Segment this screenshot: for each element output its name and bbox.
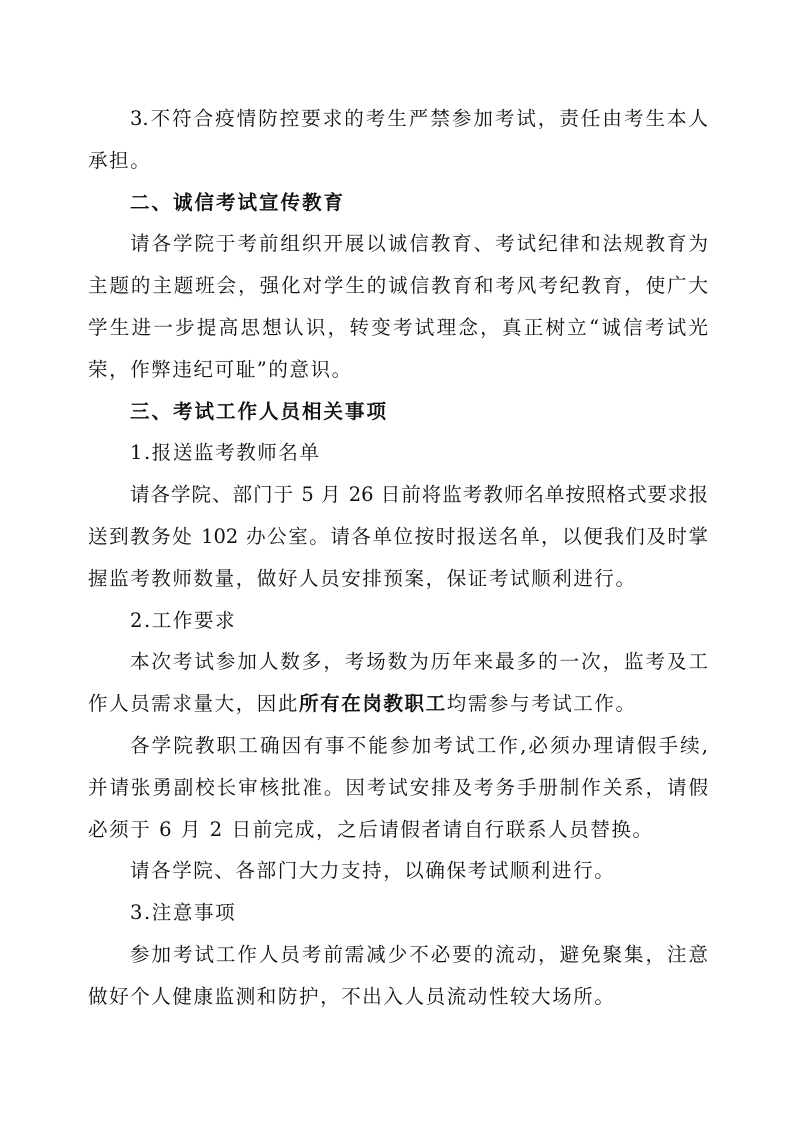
paragraph-support-request: 请各学院、各部门大力支持，以确保考试顺利进行。 bbox=[88, 850, 708, 892]
subheading-work-requirements: 2.工作要求 bbox=[88, 600, 708, 642]
text-line: 荣，作弊违纪可耻”的意识。 bbox=[88, 349, 708, 391]
subheading-precautions: 3.注意事项 bbox=[88, 892, 708, 934]
text-line: 承担。 bbox=[88, 140, 708, 182]
section-heading-staff-matters: 三、考试工作人员相关事项 bbox=[88, 391, 708, 433]
text-line: 做好个人健康监测和防护，不出入人员流动性较大场所。 bbox=[88, 976, 708, 1018]
paragraph-integrity-education: 请各学院于考前组织开展以诚信教育、考试纪律和法规教育为 主题的主题班会，强化对学… bbox=[88, 223, 708, 390]
text-line: 3.不符合疫情防控要求的考生严禁参加考试，责任由考生本人 bbox=[88, 98, 708, 140]
paragraph-leave-request: 各学院教职工确因有事不能参加考试工作,必须办理请假手续, 并请张勇副校长审核批准… bbox=[88, 725, 708, 850]
text-segment: 作人员需求量大，因此 bbox=[88, 692, 299, 715]
text-line: 握监考教师数量，做好人员安排预案，保证考试顺利进行。 bbox=[88, 558, 708, 600]
paragraph-exam-eligibility: 3.不符合疫情防控要求的考生严禁参加考试，责任由考生本人 承担。 bbox=[88, 98, 708, 182]
emphasized-text: 所有在岗教职工 bbox=[299, 692, 447, 715]
document-page: 3.不符合疫情防控要求的考生严禁参加考试，责任由考生本人 承担。 二、诚信考试宣… bbox=[88, 98, 708, 1018]
text-segment: 均需参与考试工作。 bbox=[447, 692, 637, 715]
section-heading-integrity-education: 二、诚信考试宣传教育 bbox=[88, 182, 708, 224]
text-line: 请各学院、部门于 5 月 26 日前将监考教师名单按照格式要求报 bbox=[88, 474, 708, 516]
text-line: 各学院教职工确因有事不能参加考试工作,必须办理请假手续, bbox=[88, 725, 708, 767]
text-line: 请各学院于考前组织开展以诚信教育、考试纪律和法规教育为 bbox=[88, 223, 708, 265]
text-line: 请各学院、各部门大力支持，以确保考试顺利进行。 bbox=[88, 850, 708, 892]
text-line: 作人员需求量大，因此所有在岗教职工均需参与考试工作。 bbox=[88, 683, 708, 725]
text-line: 主题的主题班会，强化对学生的诚信教育和考风考纪教育，使广大 bbox=[88, 265, 708, 307]
text-line: 参加考试工作人员考前需减少不必要的流动，避免聚集，注意 bbox=[88, 934, 708, 976]
text-line: 本次考试参加人数多，考场数为历年来最多的一次，监考及工 bbox=[88, 641, 708, 683]
text-line: 送到教务处 102 办公室。请各单位按时报送名单，以便我们及时掌 bbox=[88, 516, 708, 558]
paragraph-proctor-list: 请各学院、部门于 5 月 26 日前将监考教师名单按照格式要求报 送到教务处 1… bbox=[88, 474, 708, 599]
paragraph-work-requirements: 本次考试参加人数多，考场数为历年来最多的一次，监考及工 作人员需求量大，因此所有… bbox=[88, 641, 708, 725]
text-line: 必须于 6 月 2 日前完成，之后请假者请自行联系人员替换。 bbox=[88, 809, 708, 851]
paragraph-precautions: 参加考试工作人员考前需减少不必要的流动，避免聚集，注意 做好个人健康监测和防护，… bbox=[88, 934, 708, 1018]
subheading-submit-proctor-list: 1.报送监考教师名单 bbox=[88, 432, 708, 474]
text-line: 学生进一步提高思想认识，转变考试理念，真正树立“诚信考试光 bbox=[88, 307, 708, 349]
text-line: 并请张勇副校长审核批准。因考试安排及考务手册制作关系，请假 bbox=[88, 767, 708, 809]
